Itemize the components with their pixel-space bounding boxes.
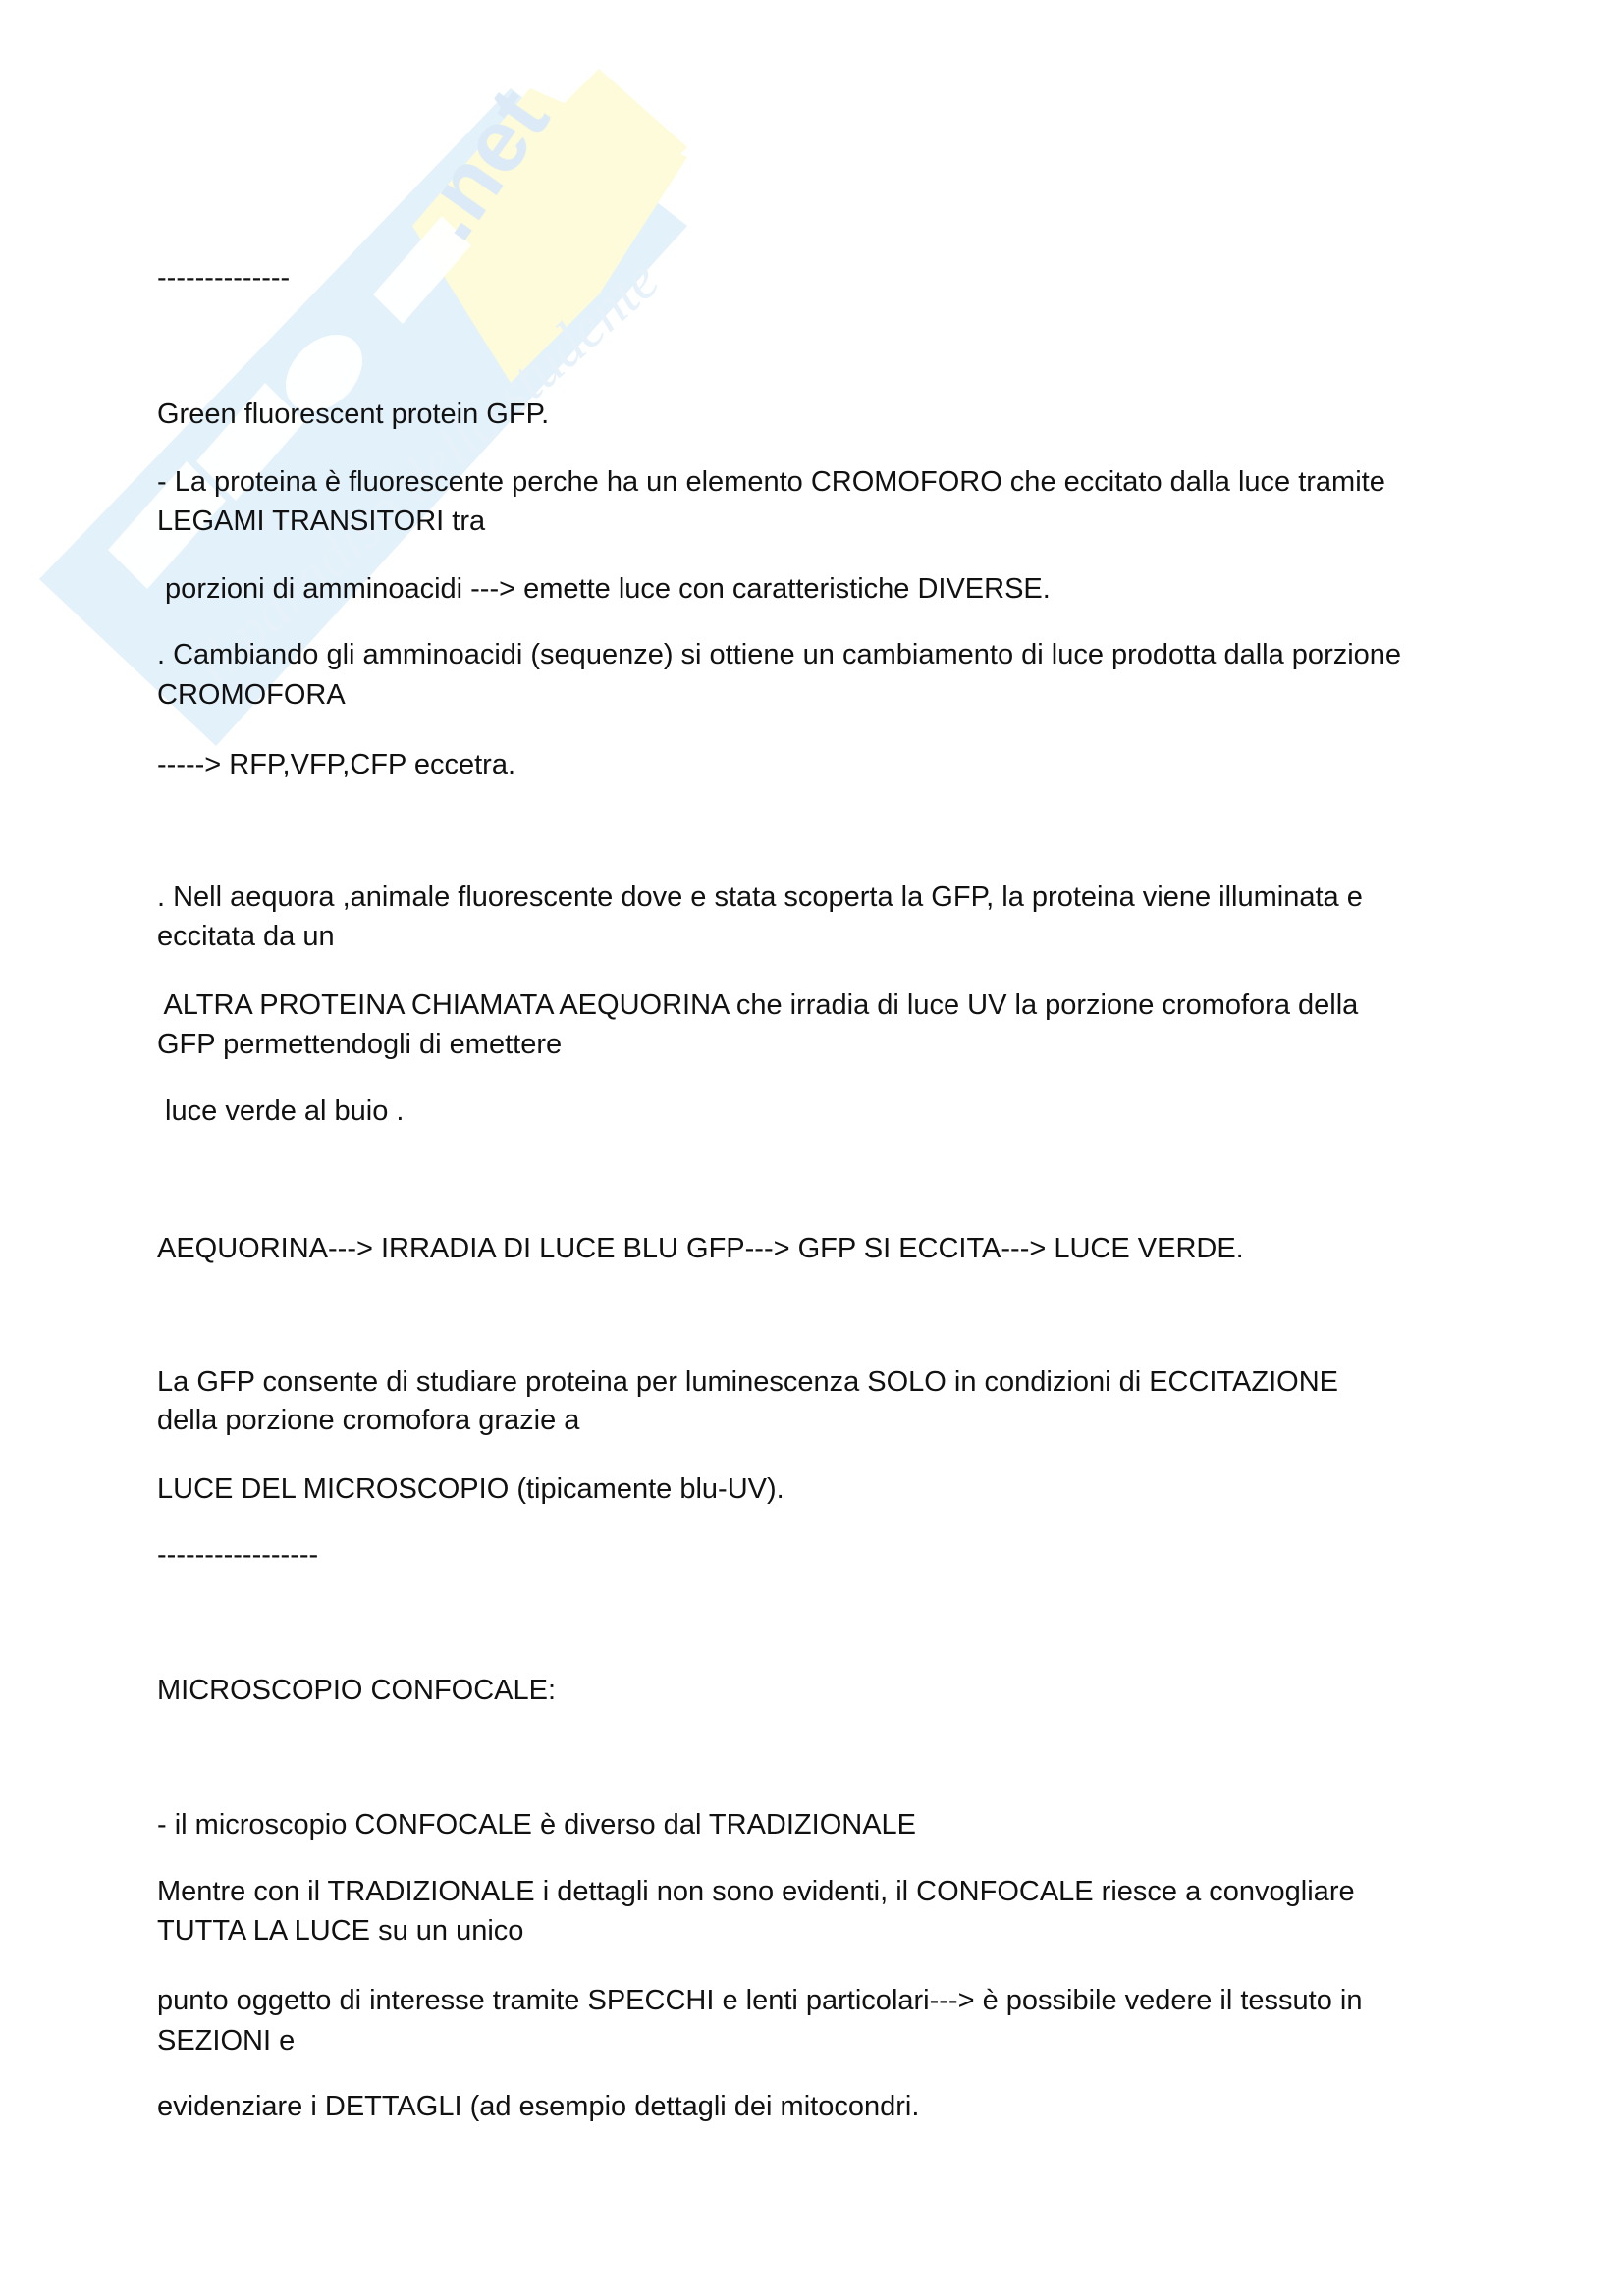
paragraph-line: - il microscopio CONFOCALE è diverso dal…	[157, 1805, 916, 1844]
paragraph-line: . Cambiando gli amminoacidi (sequenze) s…	[157, 635, 1401, 674]
paragraph-line: . Nell aequora ,animale fluorescente dov…	[157, 878, 1363, 917]
paragraph-line: - La proteina è fluorescente perche ha u…	[157, 462, 1385, 502]
paragraph-line: SEZIONI e	[157, 2021, 295, 2060]
paragraph-line: TUTTA LA LUCE su un unico	[157, 1911, 523, 1950]
paragraph-line: LUCE DEL MICROSCOPIO (tipicamente blu-UV…	[157, 1469, 784, 1509]
paragraph-line: eccitata da un	[157, 917, 335, 956]
paragraph-line: porzioni di amminoacidi ---> emette luce…	[157, 569, 1051, 609]
paragraph-line: AEQUORINA---> IRRADIA DI LUCE BLU GFP---…	[157, 1229, 1244, 1268]
heading-confocal: MICROSCOPIO CONFOCALE:	[157, 1671, 556, 1710]
paragraph-line: punto oggetto di interesse tramite SPECC…	[157, 1981, 1362, 2020]
paragraph-line: -----> RFP,VFP,CFP eccetra.	[157, 745, 515, 784]
paragraph-line: evidenziare i DETTAGLI (ad esempio detta…	[157, 2087, 919, 2126]
heading-gfp: Green fluorescent protein GFP.	[157, 395, 549, 434]
paragraph-line: della porzione cromofora grazie a	[157, 1401, 579, 1440]
svg-text:.net: .net	[397, 72, 568, 256]
watermark: .net il paradiso dello studente	[0, 0, 1623, 2296]
separator-line: --------------	[157, 258, 290, 297]
paragraph-line: LEGAMI TRANSITORI tra	[157, 502, 485, 541]
paragraph-line: La GFP consente di studiare proteina per…	[157, 1362, 1338, 1402]
paragraph-line: ALTRA PROTEINA CHIAMATA AEQUORINA che ir…	[157, 986, 1358, 1025]
paragraph-line: Mentre con il TRADIZIONALE i dettagli no…	[157, 1872, 1355, 1911]
paragraph-line: CROMOFORA	[157, 675, 346, 715]
paragraph-line: GFP permettendogli di emettere	[157, 1025, 562, 1064]
paragraph-line: luce verde al buio .	[157, 1092, 404, 1131]
separator-line: -----------------	[157, 1535, 318, 1575]
